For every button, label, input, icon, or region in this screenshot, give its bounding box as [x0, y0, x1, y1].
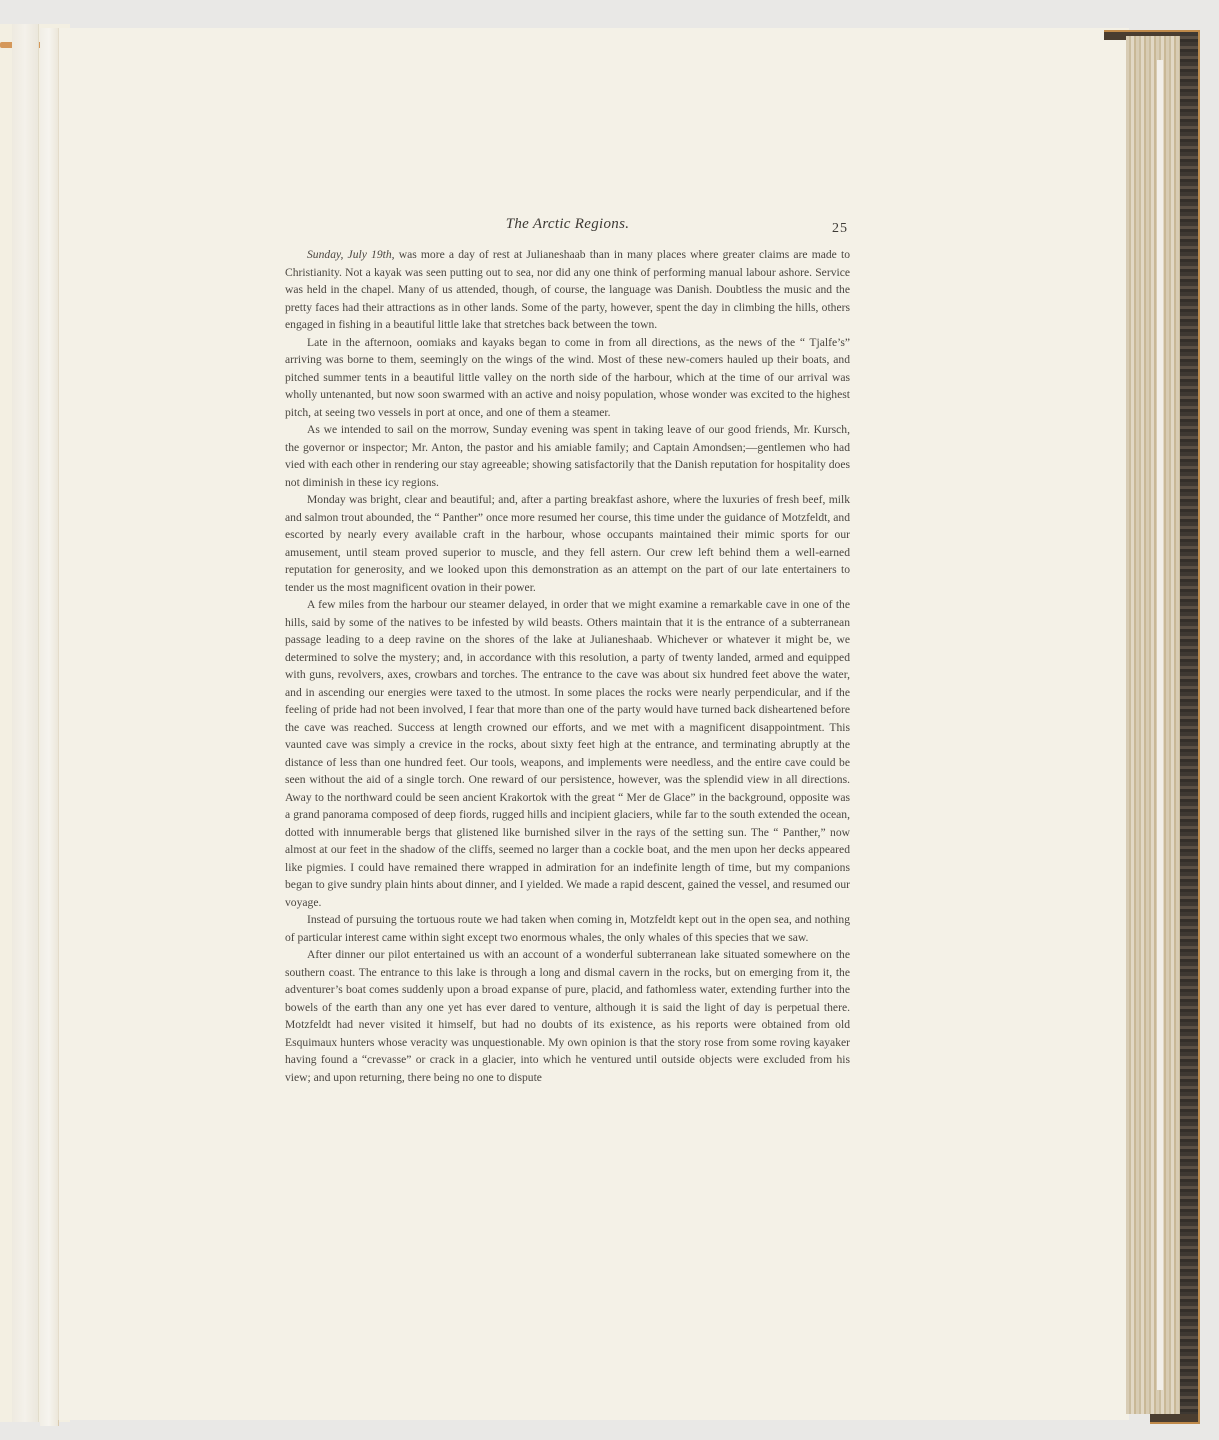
guard-strip [40, 28, 59, 1426]
paragraph: After dinner our pilot entertained us wi… [285, 946, 850, 1086]
book-cover-edge [1180, 32, 1200, 1424]
paragraph-lead-date: Sunday, July 19th, [307, 248, 395, 261]
page-text-block: The Arctic Regions. 25 Sunday, July 19th… [285, 214, 850, 1086]
paragraph: A few miles from the harbour our steamer… [285, 596, 850, 911]
running-title: The Arctic Regions. [285, 216, 850, 234]
page-stack [1126, 36, 1182, 1414]
paragraph: Monday was bright, clear and beautiful; … [285, 491, 850, 596]
guard-strip [12, 24, 39, 1422]
page-number: 25 [832, 220, 848, 238]
paragraph: Late in the afternoon, oomiaks and kayak… [285, 334, 850, 422]
running-head: The Arctic Regions. 25 [285, 214, 850, 240]
paragraph: As we intended to sail on the morrow, Su… [285, 421, 850, 491]
paragraph: Sunday, July 19th, was more a day of res… [285, 246, 850, 334]
paragraph: Instead of pursuing the tortuous route w… [285, 911, 850, 946]
page-stack-gap [1157, 60, 1163, 1390]
cover-bottom-edge [1150, 1414, 1198, 1424]
